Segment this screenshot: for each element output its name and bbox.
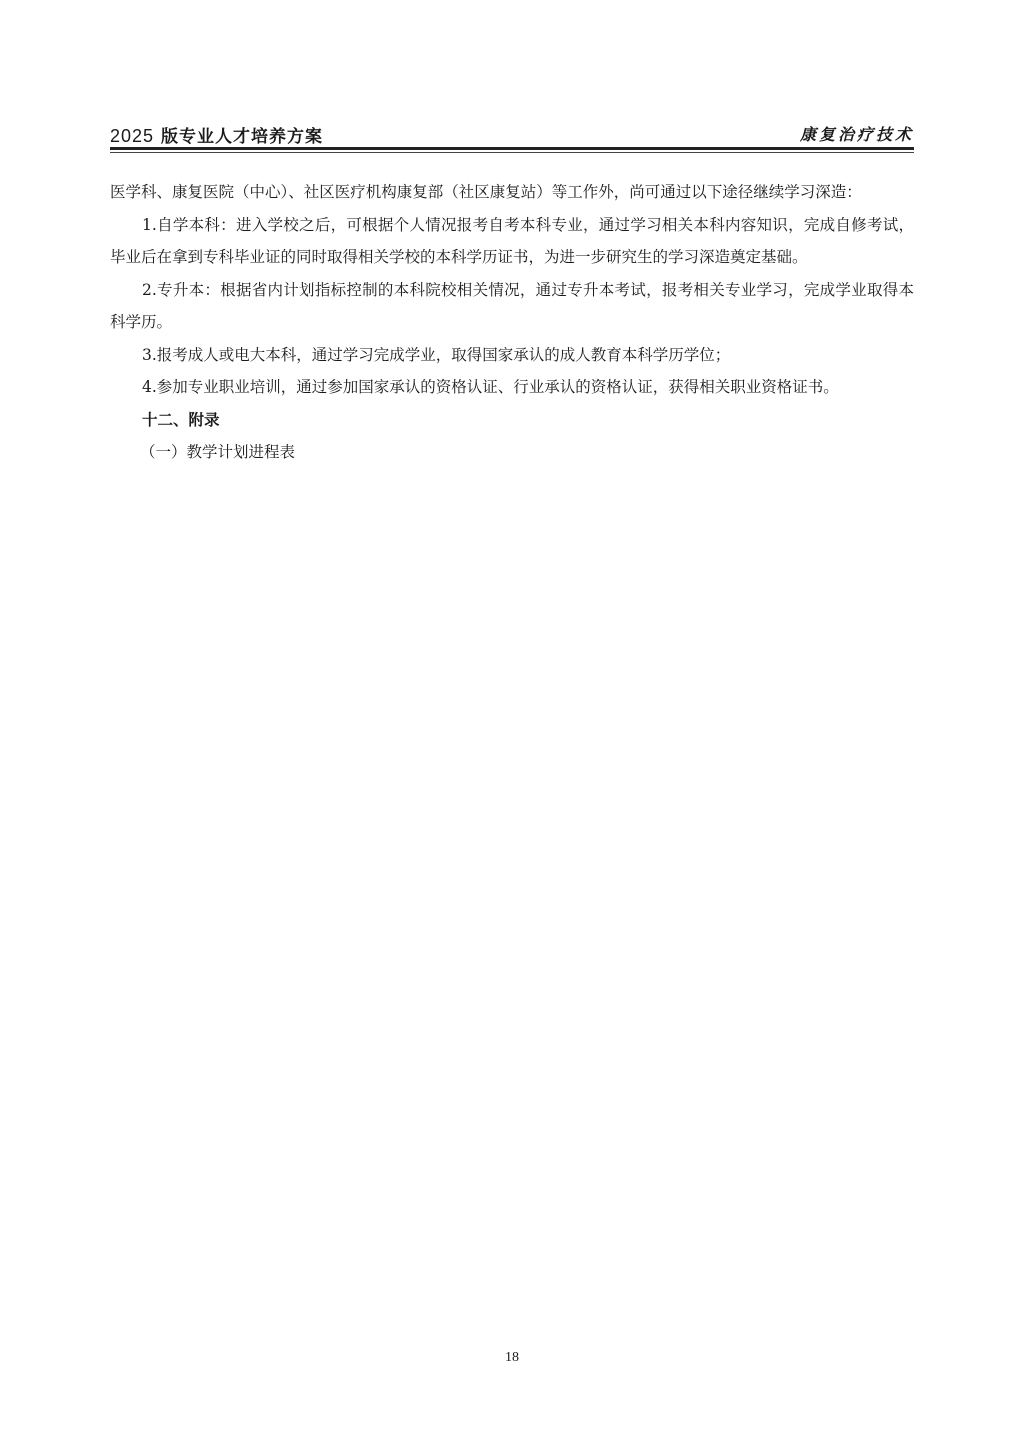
paragraph-self-study: 1.自学本科：进入学校之后，可根据个人情况报考自考本科专业，通过学习相关本科内容… <box>110 209 914 274</box>
paragraph-adult-education: 3.报考成人或电大本科，通过学习完成学业，取得国家承认的成人教育本科学历学位； <box>110 339 914 372</box>
header-year: 2025 <box>110 126 154 146</box>
document-body: 医学科、康复医院（中心）、社区医疗机构康复部（社区康复站）等工作外，尚可通过以下… <box>110 176 914 469</box>
section-heading-appendix: 十二、附录 <box>110 404 914 437</box>
paragraph-vocational-training: 4.参加专业职业培训，通过参加国家承认的资格认证、行业承认的资格认证，获得相关职… <box>110 371 914 404</box>
subsection-heading-teaching-plan: （一）教学计划进程表 <box>110 436 914 469</box>
header-rule-thin <box>110 152 914 153</box>
page-number: 18 <box>0 1350 1024 1366</box>
paragraph-continuation: 医学科、康复医院（中心）、社区医疗机构康复部（社区康复站）等工作外，尚可通过以下… <box>110 176 914 209</box>
header-major-name: 康复治疗技术 <box>800 122 914 145</box>
header-document-title: 2025 版专业人才培养方案 <box>110 122 323 147</box>
header-rule-thick <box>110 147 914 150</box>
paragraph-upgrade: 2.专升本：根据省内计划指标控制的本科院校相关情况，通过专升本考试，报考相关专业… <box>110 274 914 339</box>
page-header: 2025 版专业人才培养方案 康复治疗技术 <box>110 122 914 144</box>
header-title-text: 版专业人才培养方案 <box>161 127 323 147</box>
